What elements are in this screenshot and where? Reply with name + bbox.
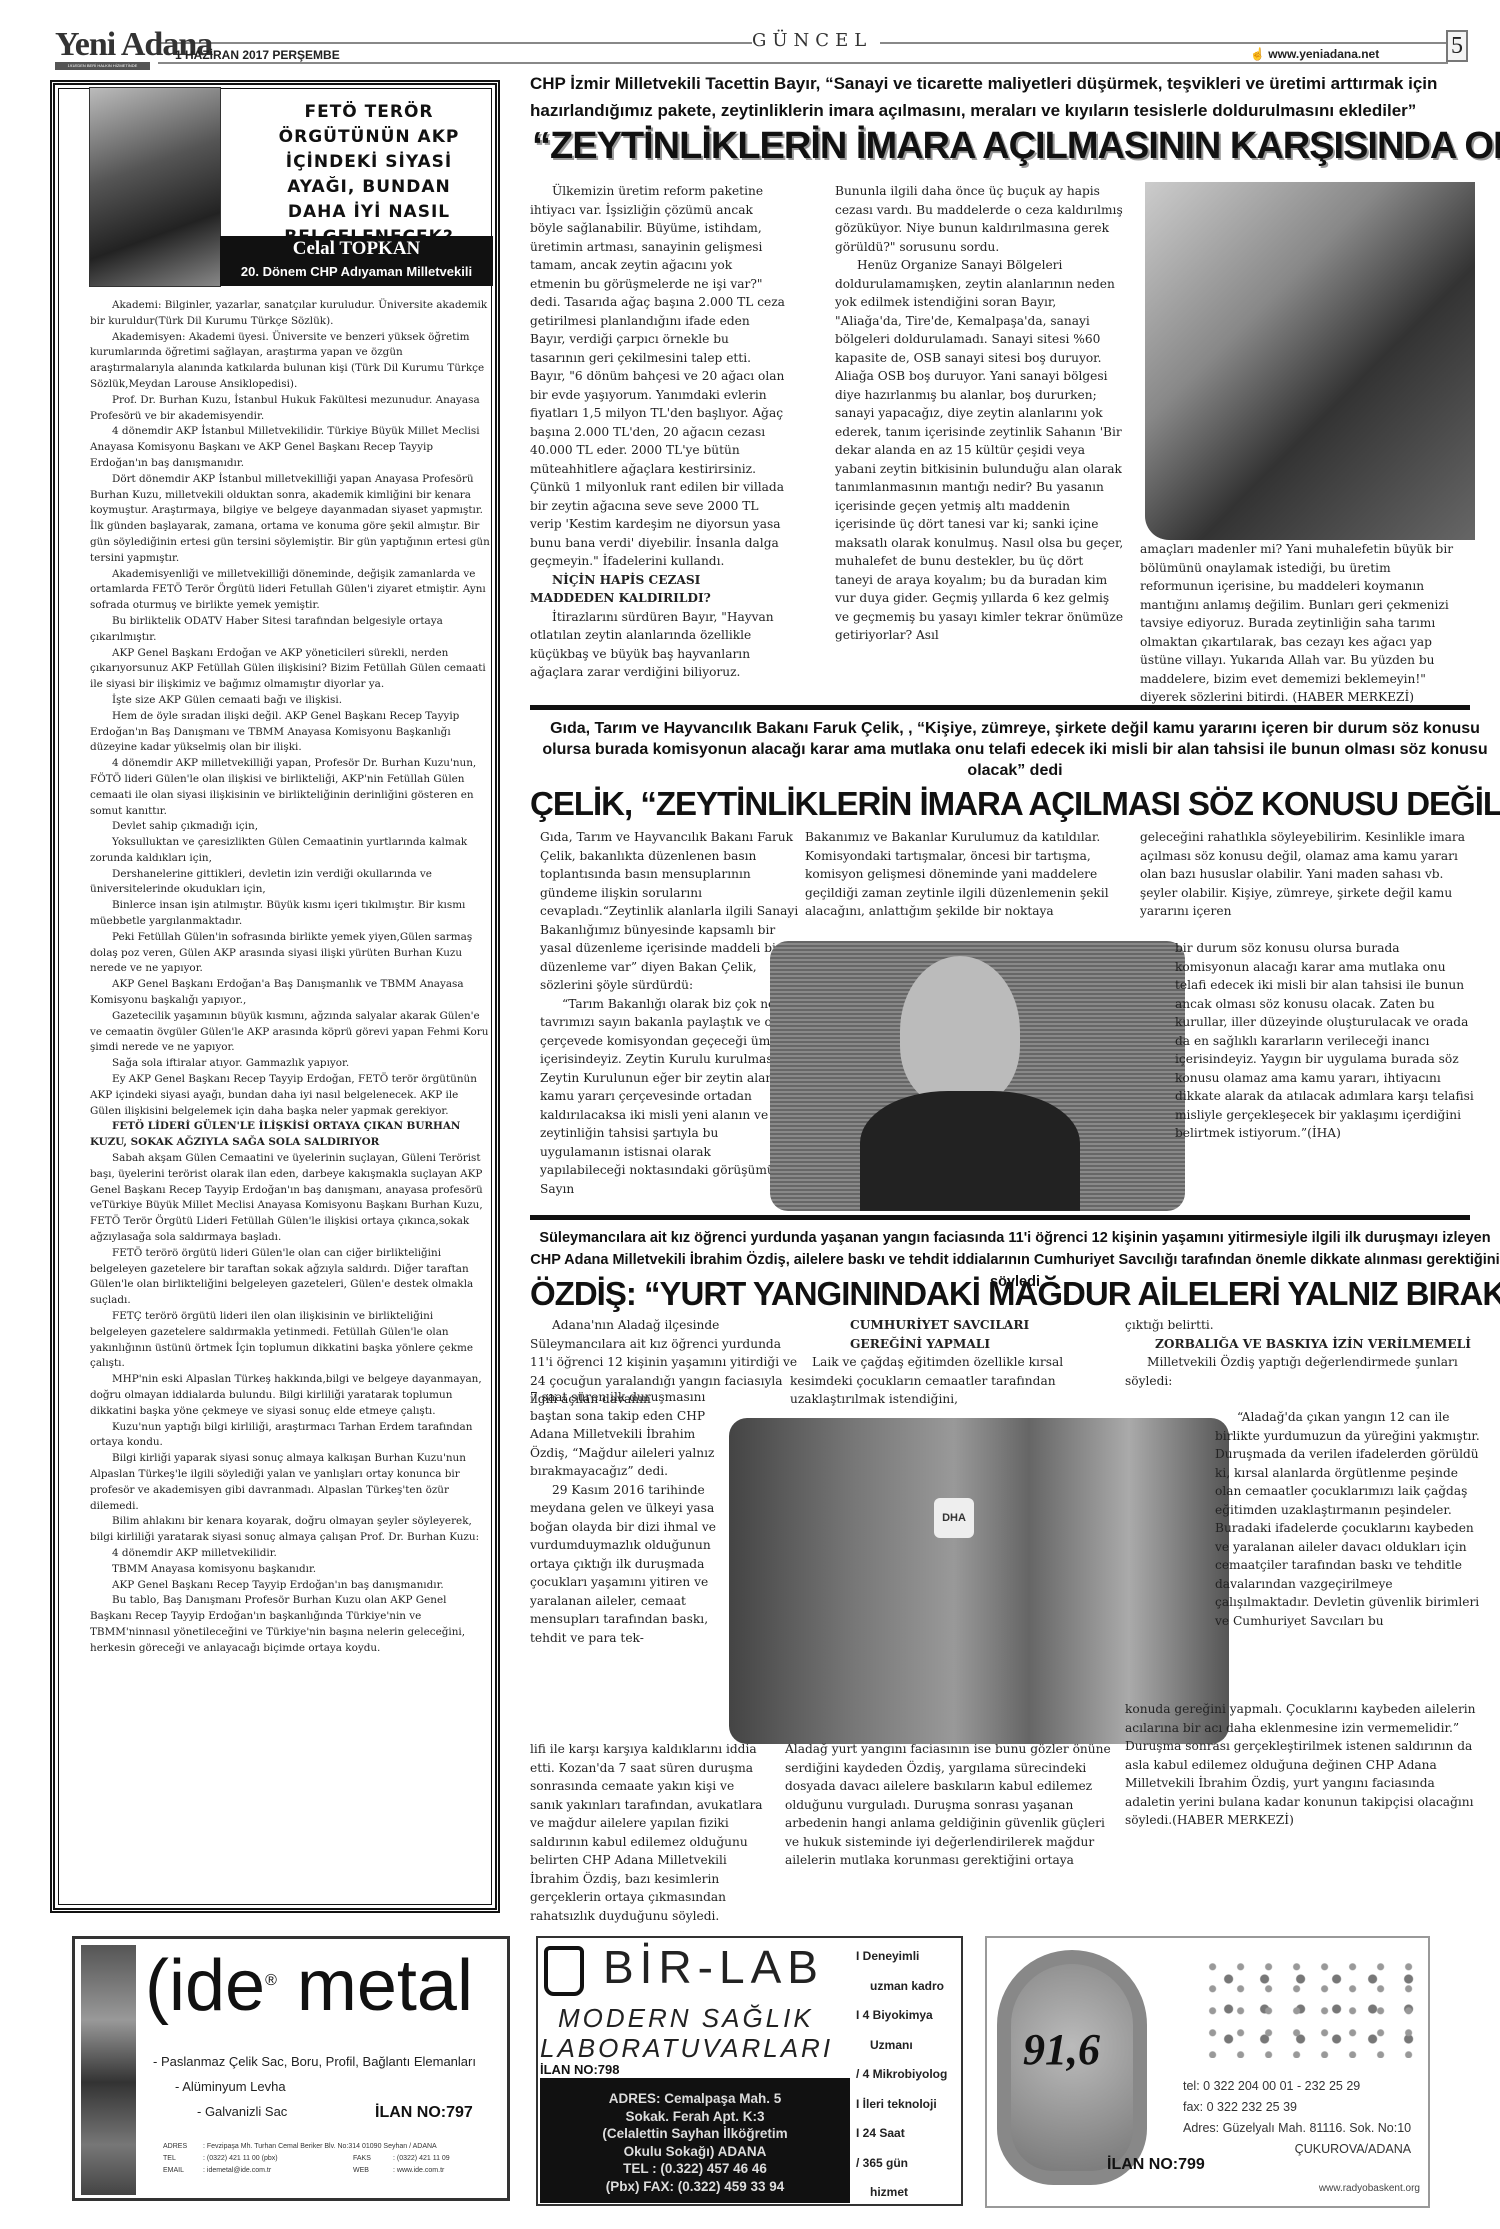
story3-col3d: konuda gereğini yapmalı. Çocuklarını kay… <box>1125 1700 1480 1830</box>
ilan-number: İLAN NO:797 <box>375 2104 473 2122</box>
radio-frequency: 91,6 <box>1023 2024 1100 2075</box>
birlab-line1: MODERN SAĞLIK <box>558 2003 814 2034</box>
contact-label: TEL <box>163 2153 203 2165</box>
ilan-number: İLAN NO:799 <box>1107 2156 1205 2174</box>
birlab-address-box: ADRES: Cemalpaşa Mah. 5 Sokak. Ferah Apt… <box>540 2078 850 2203</box>
feature-item: I 24 Saat <box>856 2119 961 2149</box>
paragraph: 7 saat süren ilk duruşmasını baştan sona… <box>530 1388 720 1481</box>
paragraph: Hem de öyle sıradan ilişki değil. AKP Ge… <box>90 709 490 756</box>
paragraph: FETÖ terörö örgütü lideri Gülen'le olan … <box>90 1246 490 1309</box>
feature-item: hizmet <box>856 2178 961 2208</box>
story3-subhead: ZORBALIĞA VE BASKIYA İZİN VERİLMEMELİ <box>1125 1335 1475 1354</box>
story1-col3: amaçları madenler mi? Yani muhalefetin b… <box>1140 540 1460 707</box>
ide-contact: ADRES: Fevzipaşa Mh. Turhan Cemal Berike… <box>163 2141 503 2177</box>
ad-birlab[interactable]: BİR-LAB MODERN SAĞLIK LABORATUVARLARI İL… <box>536 1936 963 2206</box>
paragraph: amaçları madenler mi? Yani muhalefetin b… <box>1140 540 1460 707</box>
paragraph: Gıda, Tarım ve Hayvancılık Bakanı Faruk … <box>540 828 800 995</box>
story3-col2b: Aladağ yurt yangını faciasının ise bunu … <box>785 1740 1115 1870</box>
story3-col1d: lifi ile karşı karşıya kaldıklarını iddi… <box>530 1740 770 1925</box>
birlab-logo-icon <box>544 1946 584 1996</box>
address-line: Okulu Sokağı) ADANA <box>540 2143 850 2161</box>
column-title: FETÖ TERÖR ÖRGÜTÜNÜN AKP İÇİNDEKİ SİYASİ… <box>260 100 478 250</box>
birlab-line2: LABORATUVARLARI <box>540 2033 833 2064</box>
story3-col2: CUMHURİYET SAVCILARI GEREĞİNİ YAPMALI La… <box>790 1316 1100 1409</box>
contact-value: : Fevzipaşa Mh. Turhan Cemal Beriker Blv… <box>203 2143 437 2150</box>
paragraph: Bakanımız ve Bakanlar Kurulumuz da katıl… <box>805 828 1120 921</box>
paragraph: Dershanelerine gittikleri, devletin izin… <box>90 867 490 899</box>
paragraph: Bu birliktelik ODATV Haber Sitesi tarafı… <box>90 614 490 646</box>
story3-subhead: CUMHURİYET SAVCILARI GEREĞİNİ YAPMALI <box>790 1316 1100 1353</box>
radio-contact: tel: 0 322 204 00 01 - 232 25 29 fax: 0 … <box>1183 2076 1411 2160</box>
paragraph: 29 Kasım 2016 tarihinde meydana gelen ve… <box>530 1481 720 1648</box>
radio-tel: tel: 0 322 204 00 01 - 232 25 29 <box>1183 2076 1411 2097</box>
paragraph: Ülkemizin üretim reform paketine ihtiyac… <box>530 182 785 571</box>
radio-city: ÇUKUROVA/ADANA <box>1183 2139 1411 2160</box>
contact-value: : (0322) 421 11 00 (pbx) <box>203 2153 353 2165</box>
section-title: GÜNCEL <box>752 30 880 51</box>
paragraph: AKP Genel Başkanı Erdoğan ve AKP yönetic… <box>90 646 490 693</box>
radio-fax: fax: 0 322 232 25 39 <box>1183 2097 1411 2118</box>
paragraph: bir durum söz konusu olursa burada komis… <box>1175 939 1475 1143</box>
story1-subhead: NİÇİN HAPİS CEZASI MADDEDEN KALDIRILDI? <box>530 571 785 608</box>
paragraph: Gazetecilik yaşamının büyük kısmını, ağz… <box>90 1009 490 1056</box>
headphones-logo-icon: 91,6 <box>997 1950 1147 2185</box>
story2-kicker: Gıda, Tarım ve Hayvancılık Bakanı Faruk … <box>530 718 1500 781</box>
paragraph: AKP Genel Başkanı Recep Tayyip Erdoğan'ı… <box>90 1578 490 1594</box>
paragraph: Peki Fetüllah Gülen'in sofrasında birlik… <box>90 930 490 977</box>
sound-pixels-decoration <box>1207 1958 1427 2058</box>
radio-website[interactable]: www.radyobaskent.org <box>1319 2183 1420 2194</box>
story3-col3: çıktığı belirtti. ZORBALIĞA VE BASKIYA İ… <box>1125 1316 1475 1390</box>
author-photo <box>89 87 221 287</box>
story2-col1: Gıda, Tarım ve Hayvancılık Bakanı Faruk … <box>540 828 800 1198</box>
microphone-icon: DHA <box>934 1498 974 1538</box>
story2-col2: Bakanımız ve Bakanlar Kurulumuz da katıl… <box>805 828 1120 921</box>
contact-value: : (0322) 421 11 09 <box>393 2155 450 2162</box>
paragraph: Bu tablo, Baş Danışmanı Profesör Burhan … <box>90 1593 490 1656</box>
story1-photo <box>1145 182 1475 540</box>
story2-photo <box>770 941 1185 1211</box>
suit-shape <box>860 1091 1080 1211</box>
ide-brand: ide <box>169 1946 265 2026</box>
paragraph: Akademisyenliği ve milletvekilliği dönem… <box>90 567 490 614</box>
paragraph: Prof. Dr. Burhan Kuzu, İstanbul Hukuk Fa… <box>90 393 490 425</box>
author-name: Celal TOPKAN <box>220 236 493 262</box>
paragraph: Dört dönemdir AKP İstanbul milletvekilli… <box>90 472 490 567</box>
ilan-number: İLAN NO:798 <box>540 2062 619 2077</box>
author-byline: Celal TOPKAN 20. Dönem CHP Adıyaman Mill… <box>220 236 493 286</box>
paragraph: Ey AKP Genel Başkanı Recep Tayyip Erdoğa… <box>90 1072 490 1119</box>
contact-label: FAKS <box>353 2153 393 2165</box>
page-number: 5 <box>1446 30 1468 62</box>
registered-mark: ® <box>265 1972 277 1989</box>
address-line: TEL : (0.322) 457 46 46 <box>540 2160 850 2178</box>
paragraph: İşte size AKP Gülen cemaati bağı ve iliş… <box>90 693 490 709</box>
story2-headline[interactable]: ÇELİK, “ZEYTİNLİKLERİN İMARA AÇILMASI SÖ… <box>530 782 1500 826</box>
contact-label: EMAIL <box>163 2165 203 2177</box>
feature-item: Uzmanı <box>856 2031 961 2061</box>
feature-item: I 4 Biyokimya <box>856 2001 961 2031</box>
paragraph: Bilgi kirliği yaparak siyasi sonuç almay… <box>90 1451 490 1514</box>
story2-col3: geleceğini rahatlıkla söyleyebilirim. Ke… <box>1140 828 1480 921</box>
story3-col1b: 7 saat süren ilk duruşmasını baştan sona… <box>530 1388 720 1647</box>
paragraph: Akademisyen: Akademi üyesi. Üniversite v… <box>90 330 490 393</box>
paragraph: TBMM Anayasa komisyonu başkanıdır. <box>90 1562 490 1578</box>
story3-headline[interactable]: ÖZDİŞ: “YURT YANGININDAKİ MAĞDUR AİLELER… <box>530 1272 1500 1316</box>
paragraph: Laik ve çağdaş eğitimden özellikle kırsa… <box>790 1353 1100 1409</box>
paragraph: 4 dönemdir AKP milletvekilliği yapan, Pr… <box>90 756 490 819</box>
header-rule-bottom <box>158 62 1448 64</box>
birlab-features: I Deneyimli uzman kadro I 4 Biyokimya Uz… <box>856 1942 961 2208</box>
paragraph: lifi ile karşı karşıya kaldıklarını iddi… <box>530 1740 770 1925</box>
contact-value: : www.ide.com.tr <box>393 2167 444 2174</box>
author-role: 20. Dönem CHP Adıyaman Milletvekili <box>220 262 493 282</box>
feature-item: / 365 gün <box>856 2149 961 2179</box>
contact-label: ADRES <box>163 2141 203 2153</box>
story1-kicker: CHP İzmir Milletvekili Tacettin Bayır, “… <box>530 70 1460 124</box>
contact-value: : idemetal@ide.com.tr <box>203 2165 353 2177</box>
ide-brand-metal: metal <box>297 1946 473 2026</box>
story-divider <box>530 705 1470 710</box>
paragraph: FETÇ terörö örgütü lideri ilen olan iliş… <box>90 1309 490 1372</box>
paragraph: Kuzu'nun yaptığı bilgi kirliliği, araştı… <box>90 1420 490 1452</box>
website-url: www.yeniadana.net <box>1268 47 1379 61</box>
paragraph: konuda gereğini yapmalı. Çocuklarını kay… <box>1125 1700 1480 1830</box>
paragraph: Bununla ilgili daha önce üç buçuk ay hap… <box>835 182 1125 256</box>
newspaper-tagline: 1918'DEN BERİ HALKIN HİZMETİNDE <box>55 62 150 70</box>
address-line: Sokak. Ferah Apt. K:3 <box>540 2108 850 2126</box>
hand-pointer-icon: ☝ <box>1250 47 1265 61</box>
column-subhead: FETÖ LİDERİ GÜLEN'LE İLİŞKİSİ ORTAYA ÇIK… <box>90 1119 490 1151</box>
birlab-brand: BİR-LAB <box>603 1940 824 1994</box>
paragraph: Bilim ahlakını bir kenara koyarak, doğru… <box>90 1514 490 1546</box>
story3-col3c: “Aladağ'da çıkan yangın 12 can ile birli… <box>1215 1408 1480 1630</box>
story1-col2: Bununla ilgili daha önce üç buçuk ay hap… <box>835 182 1125 645</box>
ide-logo-mark-icon: ( <box>145 1946 169 2026</box>
paragraph: 4 dönemdir AKP İstanbul Milletvekilidir.… <box>90 424 490 471</box>
website-link[interactable]: ☝ www.yeniadana.net <box>1250 47 1379 61</box>
paragraph: Binlerce insan işin atılmıştır. Büyük kı… <box>90 898 490 930</box>
portrait-shape <box>900 956 1020 1106</box>
paragraph: Henüz Organize Sanayi Bölgeleri doldurul… <box>835 256 1125 645</box>
contact-label: WEB <box>353 2165 393 2177</box>
metal-products-image <box>81 1945 136 2195</box>
feature-item: I Deneyimli <box>856 1942 961 1972</box>
paragraph: İtirazlarını sürdüren Bayır, "Hayvan otl… <box>530 608 785 682</box>
paragraph: Devlet sahip çıkmadığı için, <box>90 819 490 835</box>
ide-logo: (ide® metal <box>145 1941 473 2026</box>
ad-ide-metal[interactable]: (ide® metal - Paslanmaz Çelik Sac, Boru,… <box>72 1936 510 2201</box>
story3-photo: DHA <box>729 1418 1229 1744</box>
feature-item: I İleri teknoloji <box>856 2090 961 2120</box>
paragraph: Sağa sola iftiralar atıyor. Gammazlık ya… <box>90 1056 490 1072</box>
address-line: ADRES: Cemalpaşa Mah. 5 <box>540 2090 850 2108</box>
story2-col3b: bir durum söz konusu olursa burada komis… <box>1175 939 1475 1143</box>
product-item: - Alüminyum Levha <box>153 2074 476 2099</box>
paragraph: geleceğini rahatlıkla söyleyebilirim. Ke… <box>1140 828 1480 921</box>
address-line: (Pbx) FAX: (0.322) 459 33 94 <box>540 2178 850 2196</box>
feature-item: / 4 Mikrobiyolog <box>856 2060 961 2090</box>
paragraph: Akademi: Bilginler, yazarlar, sanatçılar… <box>90 298 490 330</box>
product-item: - Paslanmaz Çelik Sac, Boru, Profil, Bağ… <box>153 2049 476 2074</box>
paragraph: Aladağ yurt yangını faciasının ise bunu … <box>785 1740 1115 1870</box>
paragraph: 4 dönemdir AKP milletvekilidir. <box>90 1546 490 1562</box>
ad-radyo-baskent[interactable]: 91,6 tel: 0 322 204 00 01 - 232 25 29 fa… <box>985 1936 1430 2208</box>
paragraph: “Aladağ'da çıkan yangın 12 can ile birli… <box>1215 1408 1480 1630</box>
paragraph: Sabah akşam Gülen Cemaatini ve üyelerini… <box>90 1151 490 1246</box>
paragraph: çıktığı belirtti. <box>1125 1316 1475 1335</box>
column-body: Akademi: Bilginler, yazarlar, sanatçılar… <box>90 298 490 1657</box>
story-divider <box>530 1215 1470 1220</box>
paragraph: MHP'nin eski Alpaslan Türkeş hakkında,bi… <box>90 1372 490 1419</box>
paragraph: AKP Genel Başkanı Erdoğan'a Baş Danışman… <box>90 977 490 1009</box>
issue-date: 1 HAZİRAN 2017 PERŞEMBE <box>175 48 340 62</box>
paragraph: Yoksulluktan ve çaresizlikten Gülen Cema… <box>90 835 490 867</box>
story1-col1: Ülkemizin üretim reform paketine ihtiyac… <box>530 182 785 682</box>
address-line: (Celalettin Sayhan İlköğretim <box>540 2125 850 2143</box>
paragraph: “Tarım Bakanlığı olarak biz çok net tavr… <box>540 995 800 1199</box>
feature-item: uzman kadro <box>856 1972 961 2002</box>
paragraph: Milletvekili Özdiş yaptığı değerlendirme… <box>1125 1353 1475 1390</box>
radio-address: Adres: Güzelyalı Mah. 81116. Sok. No:10 <box>1183 2118 1411 2139</box>
story1-headline[interactable]: “ZEYTİNLİKLERİN İMARA AÇILMASININ KARŞIS… <box>532 122 1472 170</box>
